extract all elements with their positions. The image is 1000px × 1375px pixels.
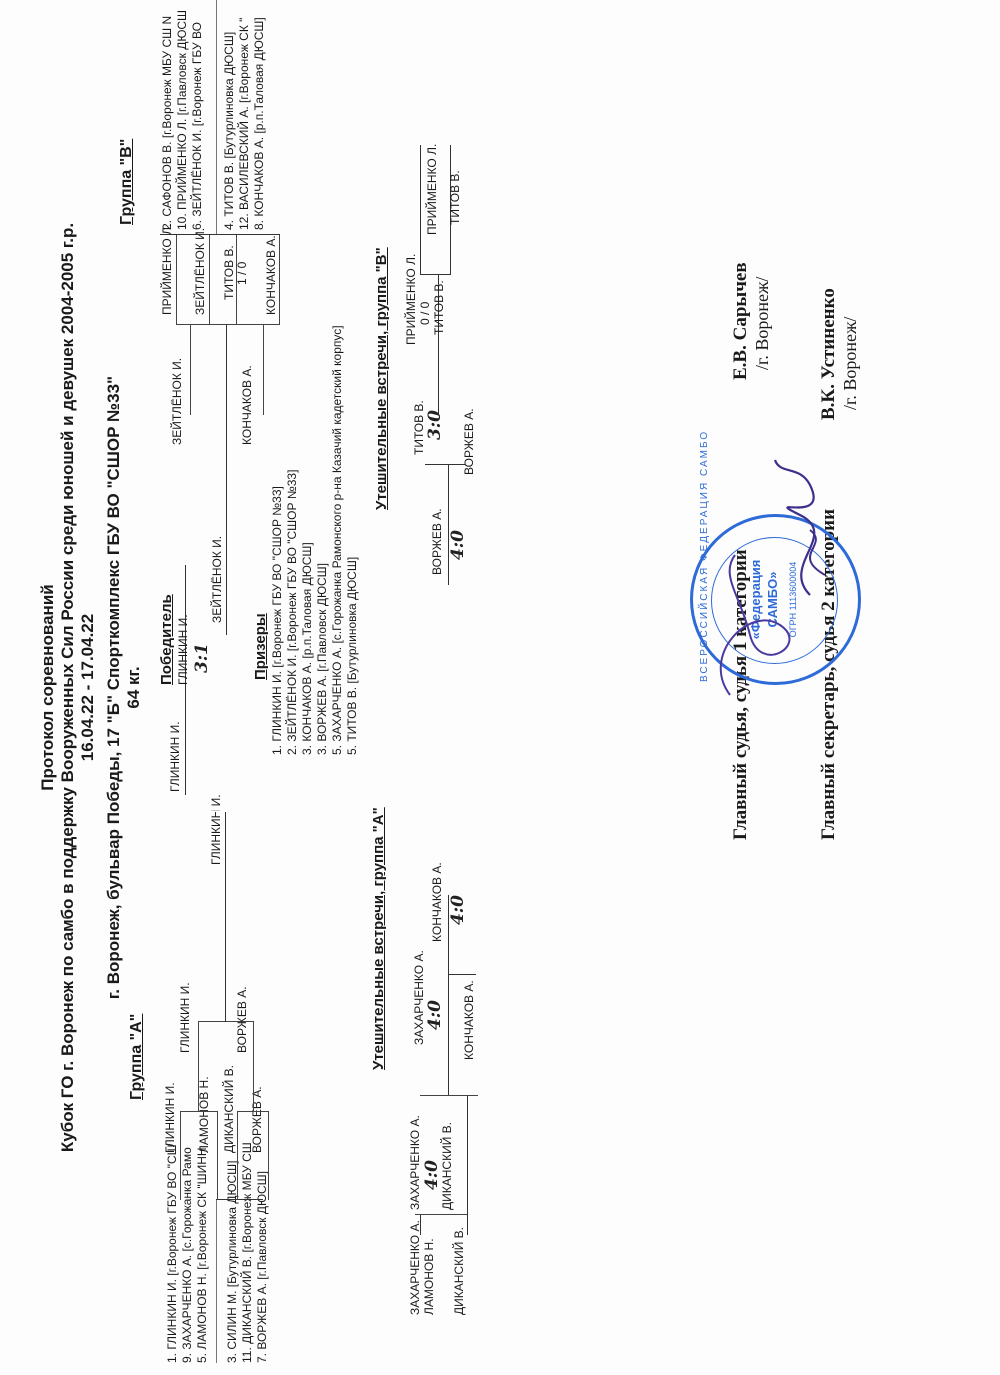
- entrant: 6. ЗЕЙТЛЁНОК И. [г.Воронеж ГБУ ВО: [190, 10, 205, 230]
- winner-name: ГЛИНКИН И.: [176, 614, 190, 685]
- prizewinner: 2. ЗЕЙТЛЁНОК И. [г.Воронеж ГБУ ВО "СШОР …: [285, 325, 300, 755]
- prizewinner: 5. ЗАХАРЧЕНКО А. [с.Горожанка Рамонского…: [330, 325, 345, 755]
- group-b-r1-score: 1 / 0: [235, 262, 249, 285]
- chief-secretary-name: В.К. Устиненко: [818, 288, 840, 420]
- entrant: 8. КОНЧАКОВ А. [р.п.Таловая ДЮСШ]: [252, 17, 267, 230]
- cons-a-r3-score: 4:0: [425, 1000, 445, 1030]
- cons-a-r1-name: ДИКАНСКИЙ В.: [452, 1227, 466, 1315]
- group-b-entrants-top: 2. САФОНОВ В. [г.Воронеж МБУ СШ N 10. ПР…: [160, 10, 205, 230]
- cons-b-r1-name: ТИТОВ В.: [448, 170, 462, 225]
- final-right-name: ЗЕЙТЛЁНОК И.: [210, 536, 224, 623]
- chief-judge-name: Е.В. Сарычев: [730, 262, 752, 380]
- group-a-title: Группа "А": [128, 1014, 146, 1100]
- cons-b-final-name: ВОРЖЕВ А.: [430, 508, 444, 575]
- winner-title: Победитель: [158, 594, 175, 685]
- group-b-r2-name: ЗЕЙТЛЁНОК И.: [170, 358, 184, 445]
- group-b-r2-name: КОНЧАКОВ А.: [240, 365, 254, 445]
- chief-secretary-city: /г. Воронеж/: [840, 317, 861, 410]
- cons-b-r3-name: ТИТОВ В.: [412, 400, 426, 455]
- prizewinner: 3. КОНЧАКОВ А. [р.п.Таловая ДЮСШ]: [300, 325, 315, 755]
- protocol-title: Протокол соревнований: [38, 0, 58, 1375]
- group-a-final-name: ГЛИНКИН И.: [209, 794, 223, 865]
- entrant: 4. ТИТОВ В. [Бутурлиновка ДЮСШ]: [222, 17, 237, 230]
- competition-protocol-page: Протокол соревнований Кубок ГО г. Вороне…: [0, 0, 1000, 1375]
- winner-score: 3:1: [192, 643, 212, 673]
- cons-b-r3-name: ВОРЖЕВ А.: [462, 408, 476, 475]
- entrant: 10. ПРИЙМЕНКО Л. [г.Павловск ДЮСШ: [175, 10, 190, 230]
- entrant: 2. САФОНОВ В. [г.Воронеж МБУ СШ N: [160, 10, 175, 230]
- cons-a-final-score: 4:0: [448, 895, 468, 925]
- group-b-entrants-bottom: 4. ТИТОВ В. [Бутурлиновка ДЮСШ] 12. ВАСИ…: [222, 17, 267, 230]
- event-dates: 16.04.22 - 17.04.22: [78, 0, 98, 1375]
- cons-a-final-name: КОНЧАКОВ А.: [430, 862, 444, 942]
- cons-a-r2-name: ДИКАНСКИЙ В.: [440, 1122, 454, 1210]
- chief-judge-city: /г. Воронеж/: [752, 277, 773, 370]
- prizewinner: 5. ТИТОВ В. [Бутурлиновка ДЮСШ]: [345, 325, 360, 755]
- cons-b-r2-name: ТИТОВ В.: [432, 280, 446, 335]
- final-left-name: ГЛИНКИН И.: [168, 721, 182, 792]
- prizewinners-title: Призеры: [252, 613, 269, 680]
- cons-a-r3-name: ЗАХАРЧЕНКО А.: [412, 950, 426, 1045]
- group-a-r1-name: ГЛИНКИН И.: [163, 1082, 177, 1153]
- group-b-r1-name: ПРИЙМЕНКО Л.: [160, 224, 174, 315]
- consolation-b-title: Утешительные встречи, группа "В": [373, 247, 390, 510]
- prizewinner: 3. ВОРЖЕВ А. [г.Павловск ДЮСШ]: [315, 325, 330, 755]
- cons-b-r2-name: ПРИЙМЕНКО Л.: [404, 254, 418, 345]
- cons-b-r1-name: ПРИЙМЕНКО Л.: [425, 144, 439, 235]
- prizewinner: 1. ГЛИНКИН И. [г.Воронеж ГБУ ВО "СШОР №3…: [270, 325, 285, 755]
- consolation-a-title: Утешительные встречи, группа "А": [370, 807, 387, 1070]
- cons-a-r2-name: ЗАХАРЧЕНКО А.: [408, 1115, 422, 1210]
- entrant: 1. ГЛИНКИН И. [г.Воронеж ГБУ ВО "СШ: [165, 1144, 180, 1363]
- group-a-r2-name: ГЛИНКИН И.: [178, 982, 192, 1053]
- cons-a-r1-name: ЛАМОНОВ Н.: [422, 1238, 436, 1315]
- group-b-r1-name: ЗЕЙТЛЁНОК И.: [193, 228, 207, 315]
- entrant: 12. ВАСИЛЕВСКИЙ А. [г.Воронеж СК ": [237, 17, 252, 230]
- group-a-r2-name: ВОРЖЕВ А.: [235, 986, 249, 1053]
- cons-a-r2-score: 4:0: [422, 1160, 442, 1190]
- group-b-title: Группа "В": [118, 139, 136, 225]
- prizewinners-list: 1. ГЛИНКИН И. [г.Воронеж ГБУ ВО "СШОР №3…: [270, 325, 360, 755]
- event-name: Кубок ГО г. Воронеж по самбо в поддержку…: [58, 0, 78, 1375]
- signature-scribble-icon: [690, 455, 850, 715]
- cons-a-r3-name: КОНЧАКОВ А.: [462, 980, 476, 1060]
- cons-b-r2-score: 0 / 0: [418, 302, 432, 325]
- group-b-r1-name: ТИТОВ В.: [222, 245, 236, 300]
- group-b-r1-name: КОНЧАКОВ А.: [264, 235, 278, 315]
- cons-b-final-score: 4:0: [448, 530, 468, 560]
- cons-b-r3-score: 3:0: [425, 410, 445, 440]
